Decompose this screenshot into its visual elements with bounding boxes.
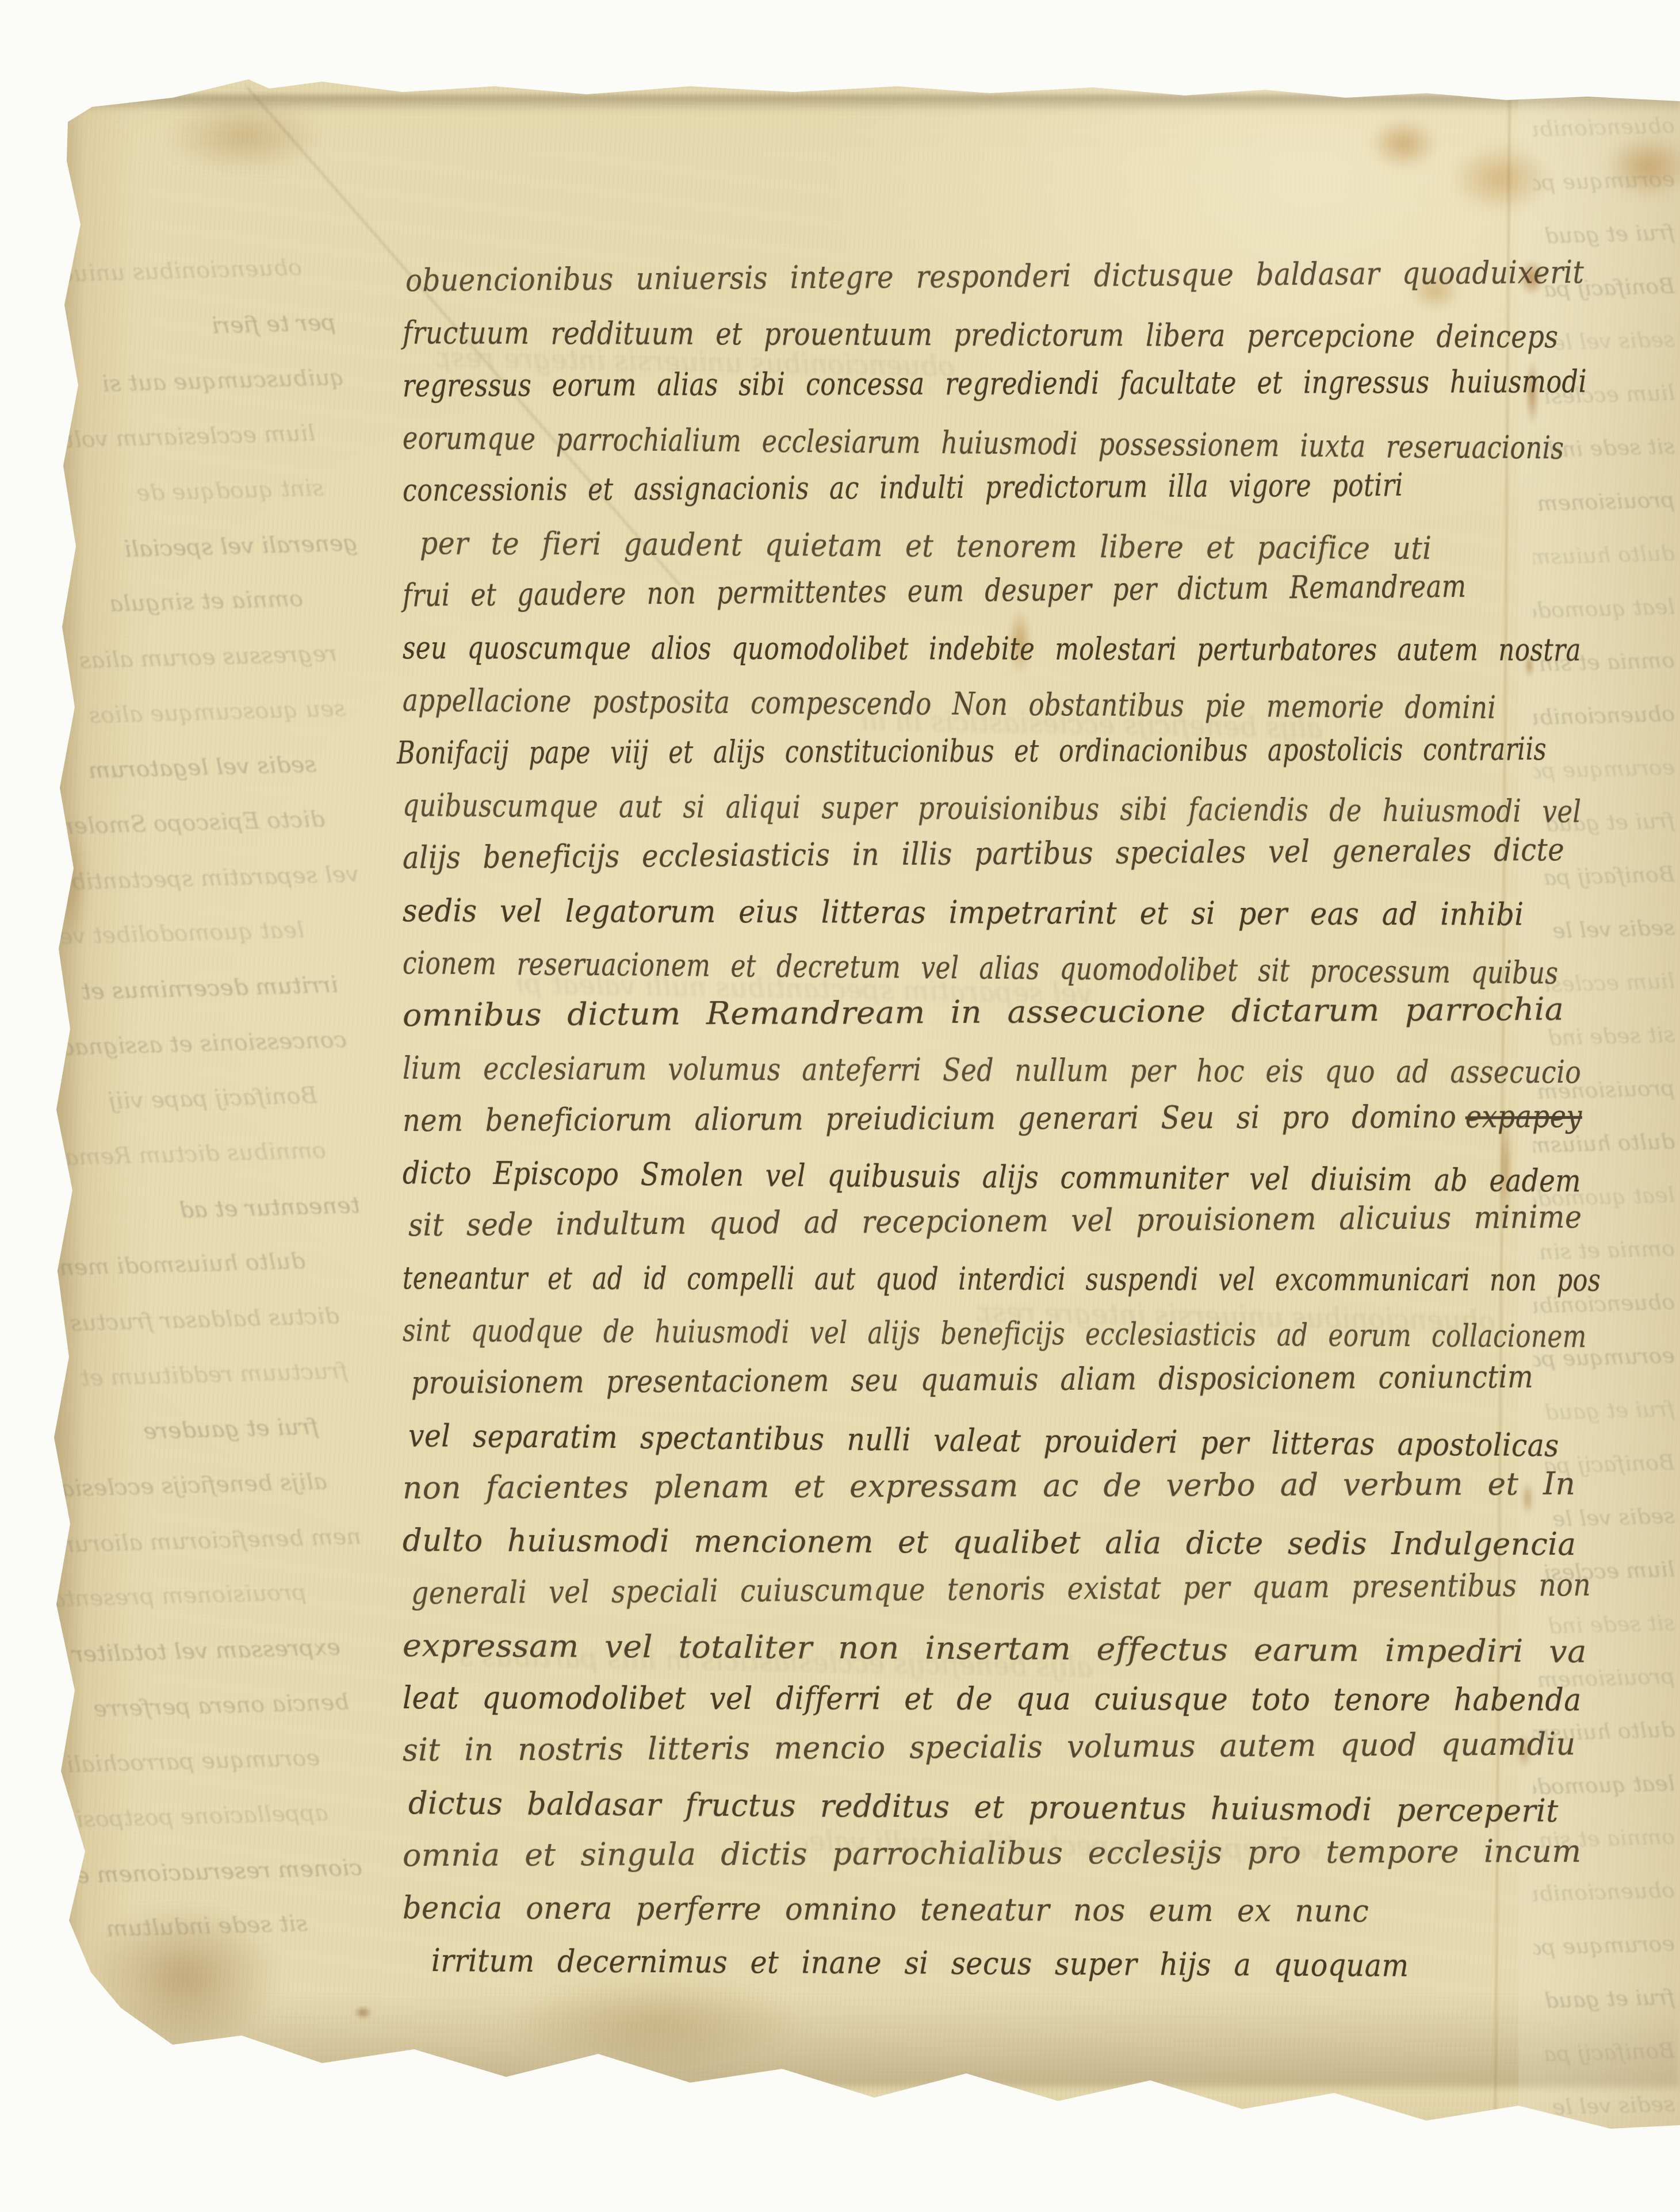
manuscript-line-text: dicto Episcopo Smolen vel quibusuis alij…	[403, 1154, 1581, 1199]
showthrough-line: prouisionem presentacionem seu	[54, 1577, 307, 1614]
manuscript-line-text: dictus baldasar fructus redditus et prou…	[408, 1784, 1559, 1829]
manuscript-line: regressus eorum alias sibi concessa regr…	[403, 361, 1587, 405]
manuscript-line-text: sit in nostris litteris mencio specialis…	[403, 1726, 1576, 1769]
showthrough-line: frui et gaud	[1533, 1394, 1675, 1428]
manuscript-scan: obuencionibus uniuersis integreper te fi…	[0, 0, 1680, 2212]
manuscript-line: fructuum reddituum et prouentuum predict…	[403, 312, 1559, 356]
showthrough-line: frui et gaud	[1533, 1982, 1675, 2016]
manuscript-line: lium ecclesiarum volumus anteferri Sed n…	[403, 1048, 1581, 1092]
manuscript-line-text: frui et gaudere non permittentes eum des…	[403, 568, 1467, 614]
edge-stain	[53, 816, 90, 949]
manuscript-line-text: regressus eorum alias sibi concessa regr…	[403, 362, 1587, 403]
manuscript-line-text: sint quodque de huiusmodi vel alijs bene…	[403, 1312, 1587, 1355]
showthrough-line: eorumque par	[1533, 1929, 1675, 1962]
showthrough-line: irritum decernimus et	[67, 969, 338, 1007]
manuscript-line-text: cionem reseruacionem et decretum vel ali…	[403, 944, 1559, 991]
manuscript-line: dicto Episcopo Smolen vel quibusuis alij…	[403, 1152, 1582, 1201]
manuscript-line-text: Bonifacij pape viij et alijs constitucio…	[397, 730, 1547, 771]
showthrough-line: expressam vel totaliter	[67, 1632, 340, 1669]
showthrough-line: omnia et singula	[54, 584, 303, 620]
manuscript-line-text: lium ecclesiarum volumus anteferri Sed n…	[403, 1049, 1581, 1090]
manuscript-line-text: obuencionibus uniuersis integre responde…	[405, 254, 1585, 298]
showthrough-line: dictus baldasar fructus	[67, 1301, 339, 1338]
manuscript-line: obuencionibus uniuersis integre responde…	[405, 252, 1585, 300]
showthrough-line: appellacione postposita compescendo	[54, 1797, 328, 1835]
manuscript-line-text: alijs beneficijs ecclesiasticis in illis…	[403, 831, 1565, 876]
showthrough-line: prouisionem	[1533, 485, 1675, 519]
manuscript-line-text: concessionis et assignacionis ac indulti…	[403, 466, 1403, 508]
showthrough-line: frui et gaudere	[67, 1412, 319, 1448]
manuscript-line: prouisionem presentacionem seu quamuis a…	[411, 1356, 1533, 1402]
bottom-stain	[506, 1972, 805, 2070]
manuscript-line: expressam vel totaliter non insertam eff…	[403, 1625, 1587, 1672]
spot-stain	[354, 2006, 372, 2019]
manuscript-line-text: quibuscumque aut si aliqui super prouisi…	[403, 787, 1582, 830]
manuscript-line: dulto huiusmodi mencionem et qualibet al…	[403, 1520, 1576, 1564]
showthrough-line: concessionis et assignacionis	[54, 1025, 347, 1063]
manuscript-line-text: fructuum reddituum et prouentuum predict…	[403, 314, 1559, 355]
manuscript-line: non facientes plenam et expressam ac de …	[403, 1463, 1575, 1508]
manuscript-line: cionem reseruacionem et decretum vel ali…	[403, 942, 1559, 993]
manuscript-line: concessionis et assignacionis ac indulti…	[403, 465, 1403, 510]
manuscript-line: vel separatim spectantibus nulli valeat …	[408, 1415, 1559, 1465]
manuscript-line: omnibus dictum Remandream in assecucione…	[403, 989, 1564, 1036]
foxing-stain	[1369, 118, 1438, 170]
manuscript-line: dictus baldasar fructus redditus et prou…	[408, 1782, 1559, 1831]
manuscript-line-text: per te fieri gaudent quietam et tenorem …	[420, 524, 1432, 566]
manuscript-line: seu quoscumque alios quomodolibet indebi…	[403, 627, 1581, 670]
manuscript-line-text: irritum decernimus et inane si secus sup…	[431, 1942, 1409, 1984]
manuscript-line: frui et gaudere non permittentes eum des…	[403, 566, 1467, 615]
showthrough-line: sedis vel le	[1533, 2089, 1675, 2123]
showthrough-line: Bonifacij pape viij	[67, 1080, 317, 1117]
manuscript-line-text: non facientes plenam et expressam ac de …	[403, 1465, 1575, 1506]
manuscript-line: sit in nostris litteris mencio specialis…	[403, 1724, 1576, 1770]
showthrough-line: alijs beneficijs ecclesiasticis	[54, 1466, 327, 1504]
manuscript-line-text: vel separatim spectantibus nulli valeat …	[408, 1417, 1559, 1463]
showthrough-line: cionem reseruacionem et	[67, 1853, 362, 1891]
showthrough-line: sedis vel le	[1533, 913, 1675, 946]
showthrough-line: vel separatim spectantibus	[67, 859, 359, 897]
manuscript-line: appellacione postposita compescendo Non …	[403, 680, 1497, 727]
manuscript-line-text: expressam vel totaliter non insertam eff…	[403, 1627, 1587, 1670]
showthrough-line: Bonifacij pa	[1533, 2035, 1675, 2069]
manuscript-line: sint quodque de huiusmodi vel alijs bene…	[403, 1310, 1587, 1356]
showthrough-line: seu quoscumque alios	[54, 693, 346, 731]
manuscript-line: irritum decernimus et inane si secus sup…	[431, 1940, 1409, 1985]
cancelled-word: expapey	[1456, 1098, 1582, 1135]
foxing-stain	[1449, 144, 1553, 213]
showthrough-line: obuencionibu	[1533, 699, 1675, 733]
showthrough-line: regressus eorum alias	[67, 638, 337, 676]
showthrough-line: lium ecclesiarum volumus	[67, 418, 315, 455]
manuscript-line-text: teneantur et ad id compelli aut quod int…	[403, 1259, 1601, 1298]
showthrough-line: dicto Episcopo Smolen	[54, 804, 325, 841]
manuscript-line-text: sit sede indultum quod ad recepcionem ve…	[408, 1198, 1582, 1243]
showthrough-line: eorumque par	[1533, 752, 1675, 786]
manuscript-line: eorumque parrochialium ecclesiarum huius…	[403, 417, 1564, 468]
showthrough-line: fructuum reddituum et	[54, 1356, 348, 1394]
foxing-stain	[1605, 135, 1680, 198]
manuscript-line-text: appellacione postposita compescendo Non …	[403, 681, 1497, 726]
bottom-edge-shadow	[75, 1995, 1680, 2087]
manuscript-line: omnia et singula dictis parrochialibus e…	[403, 1831, 1582, 1875]
showthrough-line: eorumque par	[1533, 164, 1675, 198]
showthrough-line: generali vel speciali	[67, 528, 358, 566]
manuscript-line: per te fieri gaudent quietam et tenorem …	[420, 523, 1432, 568]
manuscript-line-text: seu quoscumque alios quomodolibet indebi…	[403, 629, 1581, 668]
manuscript-line-text: nem beneficiorum aliorum preiudicium gen…	[403, 1098, 1456, 1138]
manuscript-line-text: omnia et singula dictis parrochialibus e…	[403, 1833, 1582, 1873]
manuscript-line: nem beneficiorum aliorum preiudicium gen…	[403, 1096, 1582, 1140]
manuscript-line: bencia onera perferre omnino teneatur no…	[403, 1887, 1369, 1931]
manuscript-line-text: dulto huiusmodi mencionem et qualibet al…	[403, 1521, 1576, 1562]
manuscript-line-text: leat quomodolibet vel differri et de qua…	[403, 1679, 1582, 1718]
manuscript-line: Bonifacij pape viij et alijs constitucio…	[397, 729, 1547, 773]
showthrough-line: nem beneficiorum aliorum	[67, 1521, 361, 1559]
manuscript-line: leat quomodolibet vel differri et de qua…	[403, 1677, 1582, 1720]
corner-crumple-shading	[86, 1903, 282, 2053]
showthrough-line: obuencionibu	[1533, 1875, 1675, 1909]
top-edge-shadow	[63, 95, 1680, 112]
manuscript-line-text: omnibus dictum Remandream in assecucione…	[403, 991, 1564, 1034]
edge-stain	[167, 101, 322, 172]
manuscript-line: generali vel speciali cuiuscumque tenori…	[411, 1564, 1591, 1612]
manuscript-line: alijs beneficijs ecclesiasticis in illis…	[403, 829, 1565, 877]
showthrough-line: obuencionibus uniuersis integre	[54, 252, 302, 289]
showthrough-line: sint quodque de	[54, 473, 324, 510]
showthrough-line: leat quomodolibet vel	[54, 915, 304, 952]
left-edge-shadow	[51, 109, 85, 1995]
showthrough-line: omnibus dictum Remandream	[54, 1135, 326, 1172]
showthrough-line: frui et gaud	[1533, 217, 1675, 251]
showthrough-line: quibuscumque aut si	[54, 362, 345, 400]
manuscript-line: teneantur et ad id compelli aut quod int…	[403, 1258, 1601, 1300]
manuscript-line-text: eorumque parrochialium ecclesiarum huius…	[403, 419, 1564, 466]
showthrough-line: per te fieri	[67, 307, 336, 344]
showthrough-line: obuencionibu	[1533, 110, 1675, 144]
manuscript-line-text: prouisionem presentacionem seu quamuis a…	[411, 1358, 1533, 1401]
manuscript-page: obuencionibus uniuersis integreper te fi…	[0, 0, 1680, 2212]
showthrough-line: dulto huiusmodi mencionem	[54, 1246, 305, 1283]
manuscript-line: sit sede indultum quod ad recepcionem ve…	[408, 1197, 1582, 1245]
showthrough-line: sit sede indultum	[54, 1908, 308, 1945]
showthrough-line: leat quomodo	[1533, 592, 1675, 626]
showthrough-line: dulto huiusm	[1533, 538, 1675, 572]
spot-stain	[53, 1722, 68, 1737]
showthrough-line: eorumque parrochialium ecclesiarum	[67, 1743, 320, 1780]
showthrough-line: sedis vel legatorum	[67, 749, 316, 786]
showthrough-line: bencia onera perferre	[54, 1687, 349, 1725]
manuscript-line-text: sedis vel legatorum eius litteras impetr…	[403, 892, 1524, 933]
manuscript-line: sedis vel legatorum eius litteras impetr…	[403, 890, 1524, 934]
showthrough-line: teneantur et ad	[67, 1190, 360, 1228]
manuscript-line-text: generali vel speciali cuiuscumque tenori…	[411, 1566, 1591, 1611]
manuscript-line-text: bencia onera perferre omnino teneatur no…	[403, 1889, 1369, 1929]
manuscript-line: quibuscumque aut si aliqui super prouisi…	[403, 785, 1582, 831]
